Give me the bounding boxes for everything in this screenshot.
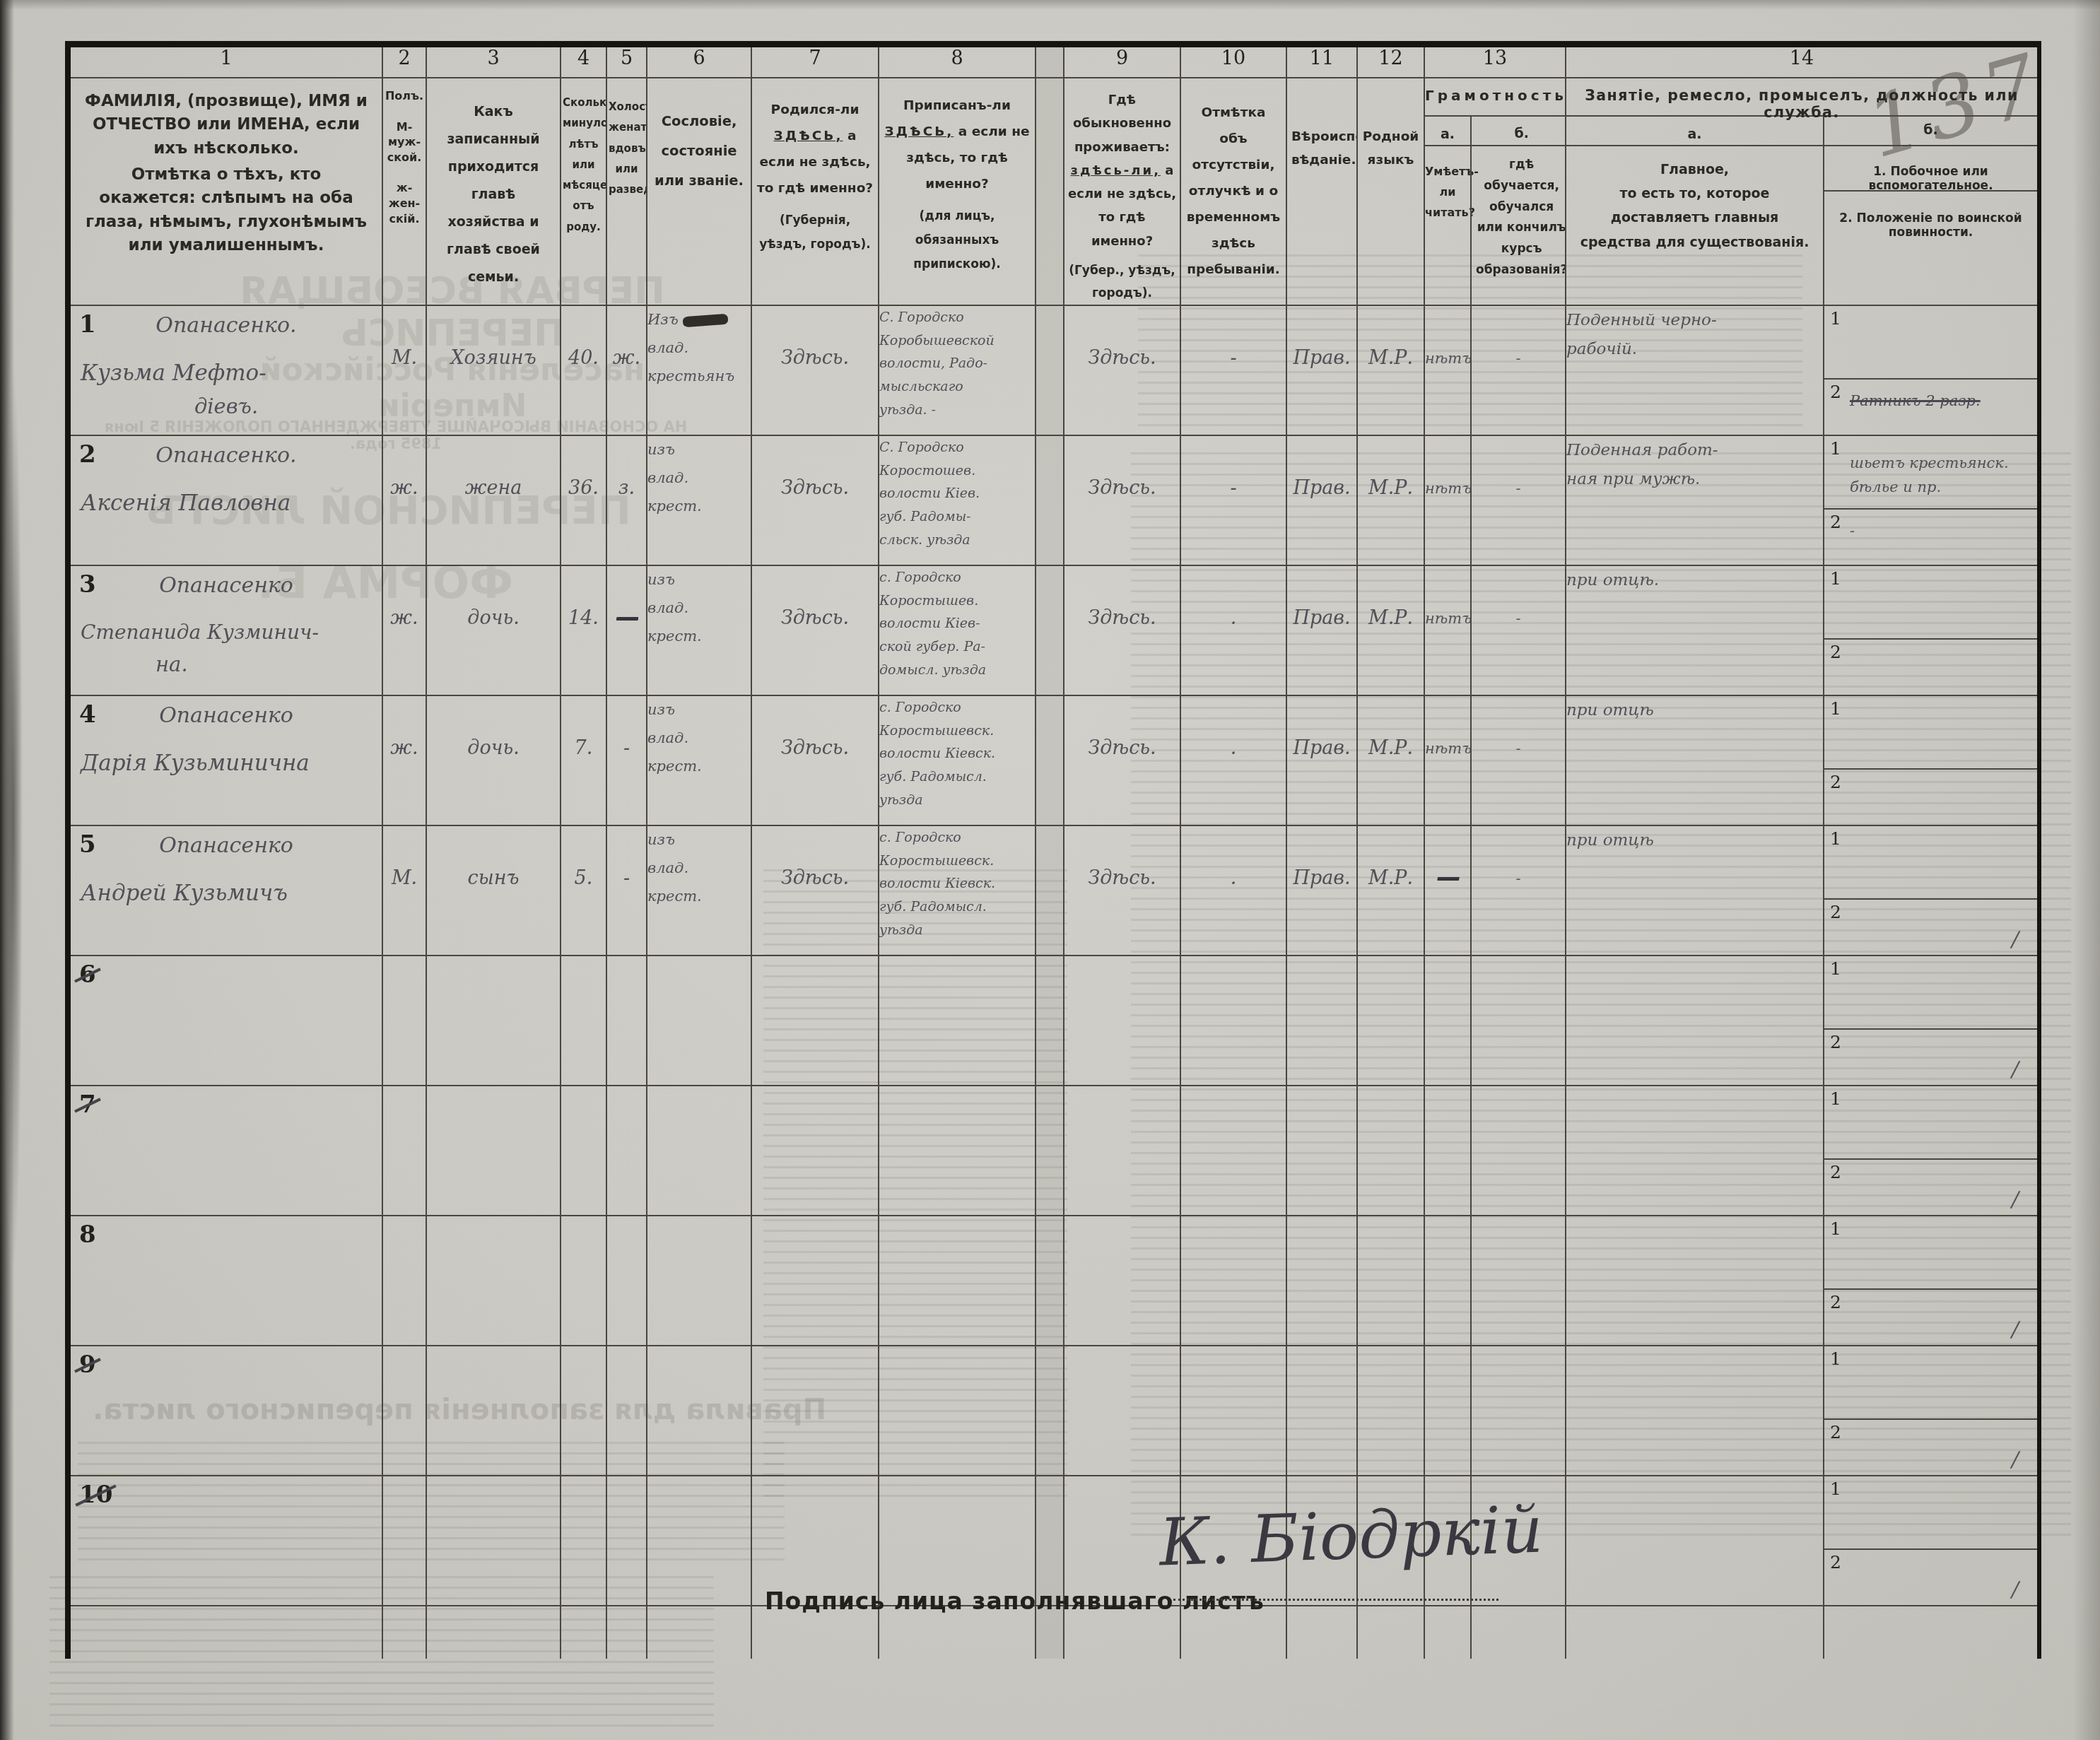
cell-birthplace <box>751 1476 879 1606</box>
census-sheet-scan: ПЕРВАЯ ВСЕОБЩАЯ ПЕРЕПИСЬ населенія Россі… <box>0 0 2100 1740</box>
enumerator-signature: К. Біодркій <box>1158 1492 1544 1581</box>
cell-faith: Прав. <box>1286 565 1357 695</box>
cell-literacy <box>1424 1086 1471 1216</box>
cell-name: 3 Опанасенко Степанида Кузминич- на. <box>68 565 382 695</box>
cell-absence: - <box>1180 435 1286 565</box>
cell-relation: жена <box>426 435 561 565</box>
cell-occupation <box>1566 1476 1824 1606</box>
cell-birthplace <box>751 1086 879 1216</box>
cell-name: 10 <box>68 1476 382 1606</box>
cell-occupation: Поденная работ- ная при мужѣ. <box>1566 435 1824 565</box>
cell-education <box>1471 1216 1566 1346</box>
header-absence-column: Отмѣтка объ отсутствіи, отлучкѣ и о врем… <box>1180 78 1286 305</box>
cell-residence <box>1064 1086 1180 1216</box>
row-number: 6 <box>79 960 96 989</box>
cell-side-occupation: 1 2 ∕ <box>1824 1346 2039 1476</box>
table-row-empty: 10 1 2 ∕ <box>68 1476 2039 1606</box>
fold-gap <box>1036 1476 1064 1606</box>
cell-side-occupation: 1 2 Ратникъ 2 разр. <box>1824 305 2039 435</box>
cell-marital <box>606 1086 647 1216</box>
cell-language: М.Р. <box>1357 825 1424 956</box>
cell-sex <box>382 1086 426 1216</box>
cell-birthplace: Здѣсь. <box>751 435 879 565</box>
cell-age: 36. <box>561 435 606 565</box>
cell-residence: Здѣсь. <box>1064 825 1180 956</box>
col-num-3: 3 <box>426 45 561 78</box>
ext-cell <box>1424 1606 1471 1659</box>
cell-marital: - <box>606 695 647 825</box>
cell-birthplace: Здѣсь. <box>751 695 879 825</box>
cell-estate <box>647 1216 751 1346</box>
cell-name: 9 <box>68 1346 382 1476</box>
header-sex-male: М-муж-ской. <box>383 119 426 165</box>
cell-birthplace: Здѣсь. <box>751 305 879 435</box>
cell-occupation <box>1566 956 1824 1086</box>
cell-literacy: нѣтъ <box>1424 435 1471 565</box>
cell-occupation: при отцѣ <box>1566 695 1824 825</box>
cell-age: 14. <box>561 565 606 695</box>
cell-side-occupation: 1 2 ∕ <box>1824 1216 2039 1346</box>
column-number-row: 1 2 3 4 5 6 7 8 9 10 11 12 13 14 <box>68 45 2039 78</box>
cell-birthplace: Здѣсь. <box>751 565 879 695</box>
header-birthplace-column: Родился-ли ЗДѢСЬ, а если не здѣсь, то гд… <box>751 78 879 305</box>
ext-cell <box>1357 1606 1424 1659</box>
cell-age <box>561 1346 606 1476</box>
cell-faith: Прав. <box>1286 695 1357 825</box>
cell-estate <box>647 1346 751 1476</box>
cell-residence: Здѣсь. <box>1064 305 1180 435</box>
header-side-occupation: 1. Побочное или вспомогательное. <box>1824 146 2037 192</box>
table-row-empty: 9 1 2 ∕ <box>68 1346 2039 1476</box>
cell-name: 7 <box>68 1086 382 1216</box>
cell-marital: з. <box>606 435 647 565</box>
cell-relation: Хозяинъ <box>426 305 561 435</box>
header-occupation-column: Занятіе, ремесло, промыселъ, должность и… <box>1566 78 2039 305</box>
cell-relation <box>426 1086 561 1216</box>
fold-gap <box>1036 956 1064 1086</box>
cell-age: 40. <box>561 305 606 435</box>
cell-registration <box>879 1346 1036 1476</box>
cell-marital <box>606 1346 647 1476</box>
col-num-11: 11 <box>1286 45 1357 78</box>
cell-estate: изъ влад. крест. <box>647 435 751 565</box>
header-relation-column: Какъ записанный приходится главѣ хозяйст… <box>426 78 561 305</box>
cell-age: 5. <box>561 825 606 956</box>
cell-faith <box>1286 956 1357 1086</box>
militia-note-struck: Ратникъ 2 разр. <box>1824 380 2037 413</box>
cell-sex: ж. <box>382 695 426 825</box>
cell-faith <box>1286 1086 1357 1216</box>
cell-registration <box>879 1476 1036 1606</box>
cell-residence: Здѣсь. <box>1064 565 1180 695</box>
cell-side-occupation: 1 2 ∕ <box>1824 1476 2039 1606</box>
cell-marital <box>606 1216 647 1346</box>
cell-marital: - <box>606 825 647 956</box>
table-row-empty: 8 1 2 ∕ <box>68 1216 2039 1346</box>
cell-estate: изъ влад. крест. <box>647 825 751 956</box>
cell-absence <box>1180 1086 1286 1216</box>
pencil-tick: ∕ <box>2012 1317 2019 1342</box>
pencil-tick: ∕ <box>2012 927 2019 952</box>
table-row: 2 Опанасенко. Аксенія Павловна ж. жена 3… <box>68 435 2039 565</box>
cell-language: М.Р. <box>1357 305 1424 435</box>
cell-sex <box>382 1216 426 1346</box>
header-occupation-main: Главное, <box>1573 158 1816 182</box>
cell-residence <box>1064 956 1180 1086</box>
col-num-10: 10 <box>1180 45 1286 78</box>
ext-cell <box>1566 1606 1824 1659</box>
cell-estate: Изъ влад. крестьянъ <box>647 305 751 435</box>
header-occupation-title: Занятіе, ремесло, промыселъ, должность и… <box>1566 78 2037 117</box>
pencil-tick: ∕ <box>2012 1057 2019 1082</box>
cell-education: - <box>1471 825 1566 956</box>
cell-relation <box>426 1476 561 1606</box>
header-where-studied: гдѣ обучается, обучался или кончилъ курс… <box>1472 146 1566 281</box>
fold-gap <box>1036 435 1064 565</box>
table-row: 3 Опанасенко Степанида Кузминич- на. ж. … <box>68 565 2039 695</box>
ink-blot <box>682 314 728 327</box>
cell-name: 1 Опанасенко. Кузьма Мефто- діевъ. <box>68 305 382 435</box>
cell-side-occupation: 1 2 ∕ <box>1824 825 2039 956</box>
header-registration-column: Приписанъ-ли ЗДѢСЬ, а если не здѣсь, то … <box>879 78 1036 305</box>
fold-gap <box>1036 695 1064 825</box>
signature-label: Подпись лица заполнявшаго листъ <box>765 1587 1265 1615</box>
cell-literacy: нѣтъ <box>1424 565 1471 695</box>
cell-sex <box>382 956 426 1086</box>
ext-cell <box>606 1606 647 1659</box>
cell-education: - <box>1471 565 1566 695</box>
cell-residence: Здѣсь. <box>1064 435 1180 565</box>
table-row: 4 Опанасенко Дарія Кузьминична ж. дочь. … <box>68 695 2039 825</box>
cell-side-occupation: 1 шьетъ крестьянск. бѣлье и пр. 2 - <box>1824 435 2039 565</box>
header-estate-column: Сословіе, состояніе или званіе. <box>647 78 751 305</box>
header-sex-female: ж-жен-скій. <box>383 180 426 226</box>
header-marital-column: Холостъ, женатъ, вдовъ или разведенъ. <box>606 78 647 305</box>
cell-age <box>561 1086 606 1216</box>
pencil-strike-mark: — <box>1425 863 1470 891</box>
header-name-line2: Отмѣтка о тѣхъ, кто окажется: слѣпымъ на… <box>85 163 368 257</box>
col-num-5: 5 <box>606 45 647 78</box>
cell-estate: изъ влад. крест. <box>647 565 751 695</box>
ext-cell <box>426 1606 561 1659</box>
scan-edge-top <box>0 0 2100 10</box>
ext-cell <box>647 1606 751 1659</box>
table-row-empty: 6 1 2 ∕ <box>68 956 2039 1086</box>
cell-language: М.Р. <box>1357 565 1424 695</box>
cell-faith: Прав. <box>1286 825 1357 956</box>
cell-registration: с. Городско Коростышевск. волости Кіевск… <box>879 825 1036 956</box>
cell-registration <box>879 1086 1036 1216</box>
cell-literacy <box>1424 1216 1471 1346</box>
cell-registration: с. Городско Коростышев. волости Кіев- ск… <box>879 565 1036 695</box>
ext-cell <box>1471 1606 1566 1659</box>
col-num-6: 6 <box>647 45 751 78</box>
header-sex-column: Полъ. М-муж-ской. ж-жен-скій. <box>382 78 426 305</box>
ext-cell <box>382 1606 426 1659</box>
row-number: 4 <box>79 700 96 729</box>
row-number: 9 <box>79 1351 96 1379</box>
fold-gap <box>1036 305 1064 435</box>
col-num-12: 12 <box>1357 45 1424 78</box>
pencil-tick: ∕ <box>2012 1187 2019 1212</box>
cell-side-occupation: 1 2 ∕ <box>1824 1086 2039 1216</box>
census-table: 1 2 3 4 5 6 7 8 9 10 11 12 13 14 ФАМИЛІЯ… <box>65 41 2041 1659</box>
cell-marital <box>606 1476 647 1606</box>
header-age-column: Сколько минуло лѣтъ или мѣсяцевъ отъ род… <box>561 78 606 305</box>
cell-marital: ж. <box>606 305 647 435</box>
cell-name: 6 <box>68 956 382 1086</box>
cell-literacy: нѣтъ <box>1424 305 1471 435</box>
row-number: 8 <box>79 1221 96 1249</box>
cell-absence <box>1180 1346 1286 1476</box>
cell-literacy: нѣтъ <box>1424 695 1471 825</box>
cell-sex: М. <box>382 825 426 956</box>
cell-birthplace <box>751 1346 879 1476</box>
cell-registration: С. Городско Коростошев. волости Кіев. гу… <box>879 435 1036 565</box>
cell-education: - <box>1471 695 1566 825</box>
ext-cell <box>1286 1606 1357 1659</box>
cell-occupation: при отцѣ. <box>1566 565 1824 695</box>
col-num-4: 4 <box>561 45 606 78</box>
cell-absence <box>1180 1216 1286 1346</box>
col-num-2: 2 <box>382 45 426 78</box>
header-name-line1: ФАМИЛІЯ, (прозвище), ИМЯ и ОТЧЕСТВО или … <box>85 90 368 160</box>
cell-absence: . <box>1180 695 1286 825</box>
col-num-7: 7 <box>751 45 879 78</box>
cell-estate <box>647 1086 751 1216</box>
fold-gap <box>1036 1346 1064 1476</box>
scan-edge-blotch <box>4 368 23 1272</box>
header-can-read: Умѣетъ-ли читать? <box>1425 146 1470 223</box>
cell-sex: М. <box>382 305 426 435</box>
col-num-1: 1 <box>68 45 382 78</box>
row-number: 10 <box>79 1481 112 1509</box>
header-language-column: Родной языкъ <box>1357 78 1424 305</box>
cell-faith: Прав. <box>1286 435 1357 565</box>
cell-estate <box>647 1476 751 1606</box>
header-sex-title: Полъ. <box>383 88 426 104</box>
cell-education: - <box>1471 305 1566 435</box>
cell-age: 7. <box>561 695 606 825</box>
cell-language <box>1357 1216 1424 1346</box>
pencil-tick: ∕ <box>2012 1577 2019 1602</box>
cell-occupation <box>1566 1346 1824 1476</box>
col-num-9: 9 <box>1064 45 1180 78</box>
cell-occupation <box>1566 1086 1824 1216</box>
cell-estate: изъ влад. крест. <box>647 695 751 825</box>
cell-side-occupation: 1 2 <box>1824 565 2039 695</box>
header-literacy-title: Грамотность. <box>1425 78 1565 117</box>
fold-gap <box>1036 1216 1064 1346</box>
row-number: 2 <box>79 440 96 469</box>
cell-sex <box>382 1346 426 1476</box>
cell-sex <box>382 1476 426 1606</box>
ext-cell <box>68 1606 382 1659</box>
cell-side-occupation: 1 2 <box>1824 695 2039 825</box>
cell-language <box>1357 956 1424 1086</box>
cell-registration: С. Городско Коробышевской волости, Радо-… <box>879 305 1036 435</box>
cell-faith <box>1286 1346 1357 1476</box>
cell-relation <box>426 1216 561 1346</box>
cell-absence: - <box>1180 305 1286 435</box>
cell-occupation: Поденный черно- рабочій. <box>1566 305 1824 435</box>
fold-gap <box>1036 565 1064 695</box>
col-num-13: 13 <box>1424 45 1566 78</box>
cell-age <box>561 1216 606 1346</box>
cell-residence: Здѣсь. <box>1064 695 1180 825</box>
cell-sex: ж. <box>382 435 426 565</box>
cell-occupation <box>1566 1216 1824 1346</box>
cell-occupation: при отцѣ <box>1566 825 1824 956</box>
ext-cell <box>1824 1606 2039 1659</box>
cell-relation: сынъ <box>426 825 561 956</box>
cell-absence: . <box>1180 565 1286 695</box>
row-number: 7 <box>79 1091 96 1119</box>
cell-faith: Прав. <box>1286 305 1357 435</box>
cell-literacy <box>1424 1346 1471 1476</box>
signature-dotted-line <box>1173 1599 1498 1601</box>
column-title-row: ФАМИЛІЯ, (прозвище), ИМЯ и ОТЧЕСТВО или … <box>68 78 2039 305</box>
cell-education <box>1471 1086 1566 1216</box>
cell-name: 8 <box>68 1216 382 1346</box>
cell-literacy <box>1424 956 1471 1086</box>
pencil-strike-mark: — <box>607 603 646 631</box>
cell-language <box>1357 1346 1424 1476</box>
cell-name: 4 Опанасенко Дарія Кузьминична <box>68 695 382 825</box>
cell-estate <box>647 956 751 1086</box>
fold-gap <box>1036 1086 1064 1216</box>
scan-edge-right <box>2073 0 2100 1740</box>
cell-language: М.Р. <box>1357 435 1424 565</box>
cell-education: - <box>1471 435 1566 565</box>
pencil-tick: ∕ <box>2012 1447 2019 1472</box>
col-num-14: 14 <box>1566 45 2039 78</box>
header-literacy-column: Грамотность. а. Умѣетъ-ли читать? б. гдѣ… <box>1424 78 1566 305</box>
cell-relation <box>426 956 561 1086</box>
row-number: 5 <box>79 830 96 859</box>
fold-gap <box>1036 45 1064 78</box>
row-number: 1 <box>79 310 96 339</box>
cell-sex: ж. <box>382 565 426 695</box>
table-row: 5 Опанасенко Андрей Кузьмичъ М. сынъ 5. … <box>68 825 2039 956</box>
cell-side-occupation: 1 2 ∕ <box>1824 956 2039 1086</box>
cell-birthplace: Здѣсь. <box>751 825 879 956</box>
cell-education <box>1471 956 1566 1086</box>
cell-name: 5 Опанасенко Андрей Кузьмичъ <box>68 825 382 956</box>
cell-literacy: — <box>1424 825 1471 956</box>
cell-absence <box>1180 956 1286 1086</box>
cell-residence <box>1064 1216 1180 1346</box>
fold-gap <box>1036 825 1064 956</box>
table-row-empty: 7 1 2 ∕ <box>68 1086 2039 1216</box>
cell-relation: дочь. <box>426 695 561 825</box>
cell-language <box>1357 1086 1424 1216</box>
header-faith-column: Вѣроиспо-вѣданіе. <box>1286 78 1357 305</box>
cell-faith <box>1286 1216 1357 1346</box>
cell-name: 2 Опанасенко. Аксенія Павловна <box>68 435 382 565</box>
cell-relation <box>426 1346 561 1476</box>
cell-relation: дочь. <box>426 565 561 695</box>
cell-residence <box>1064 1346 1180 1476</box>
header-military-status: 2. Положеніе по воинской повинности. <box>1824 192 2037 240</box>
cell-marital: — <box>606 565 647 695</box>
header-name-column: ФАМИЛІЯ, (прозвище), ИМЯ и ОТЧЕСТВО или … <box>68 78 382 305</box>
col-num-8: 8 <box>879 45 1036 78</box>
cell-registration <box>879 956 1036 1086</box>
cell-registration: с. Городско Коростышевск. волости Кіевск… <box>879 695 1036 825</box>
row-number: 3 <box>79 570 96 599</box>
cell-language: М.Р. <box>1357 695 1424 825</box>
ext-cell <box>561 1606 606 1659</box>
cell-registration <box>879 1216 1036 1346</box>
fold-gap <box>1036 78 1064 305</box>
cell-age <box>561 1476 606 1606</box>
cell-marital <box>606 956 647 1086</box>
cell-birthplace <box>751 956 879 1086</box>
cell-education <box>1471 1346 1566 1476</box>
cell-age <box>561 956 606 1086</box>
cell-absence: . <box>1180 825 1286 956</box>
cell-birthplace <box>751 1216 879 1346</box>
table-row: 1 Опанасенко. Кузьма Мефто- діевъ. М. Хо… <box>68 305 2039 435</box>
header-residence-column: Гдѣ обыкновенно проживаетъ: здѣсь-ли, а … <box>1064 78 1180 305</box>
